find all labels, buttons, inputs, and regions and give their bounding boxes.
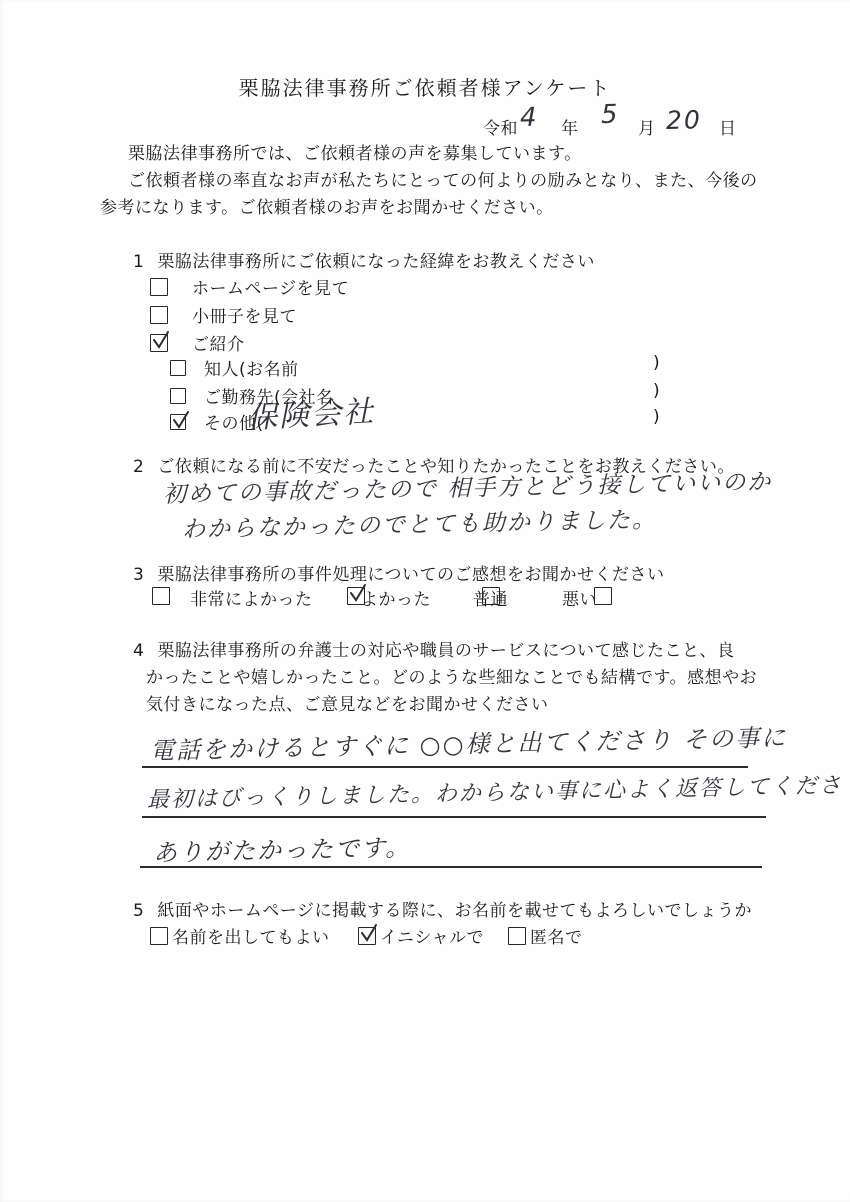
question-3-number: 3 [133,565,144,585]
q4-answer-line3: ありがたかったです。 [153,828,412,868]
q1-option-homepage-checkbox [150,278,168,296]
intro-line: 参考になります。ご依頼者様のお声をお聞かせください。 [100,195,780,222]
q3-option-good-label: よかった [361,585,431,610]
scanned-survey-page: 栗脇法律事務所ご依頼者様アンケート 令和 4 年 5 月 20 日 栗脇法律事務… [0,0,850,1202]
intro-line: 栗脇法律事務所では、ご依頼者様の声を募集しています。 [100,141,780,168]
q5-option-anonymous-label: 匿名で [530,923,583,948]
q1-option-booklet: 小冊子を見て [150,302,297,327]
check-mark-icon [169,409,192,432]
q1-sub-acquaintance: 知人(お名前 [170,355,299,380]
question-1-title: 1栗脇法律事務所にご依頼になった経緯をお教えください [133,247,595,272]
q5-option-anonymous-checkbox [508,927,526,945]
q1-option-referral: ご紹介 [150,330,245,355]
question-4-title-line2: かったことや嬉しかったこと。どのような些細なことでも結構です。感想やお [146,663,757,688]
q1-sub-other-checkbox [170,414,186,430]
q5-option-anonymous: 匿名で [508,923,583,948]
q1-sub-acquaintance-checkbox [170,360,186,376]
q3-option-bad-label: 悪い [562,585,597,610]
answer-underline [142,816,766,818]
q5-option-real-name-label: 名前を出してもよい [172,923,330,948]
q3-option-normal-label: 普通 [473,585,508,610]
check-mark-icon [149,329,172,352]
question-2-number: 2 [133,457,144,477]
question-4-number: 4 [133,641,144,661]
date-year-label: 年 [561,114,579,139]
q1-option-homepage: ホームページを見て [150,274,349,299]
answer-underline [140,866,762,868]
q5-option-real-name: 名前を出してもよい [150,923,330,948]
question-5-number: 5 [133,901,144,921]
close-paren: ) [653,381,660,401]
date-year-handwritten: 4 [520,103,539,133]
question-4-title-line3: 気付きになった点、ご意見などをお聞かせください [146,690,549,715]
q2-answer-line2: わからなかったのでとても助かりました。 [182,501,658,544]
question-1-number: 1 [133,252,144,272]
question-5-title: 5紙面やホームページに掲載する際に、お名前を載せてもよろしいでしょうか [133,896,752,921]
date-era-label: 令和 [483,114,518,139]
date-day-label: 日 [719,114,737,139]
close-paren: ) [653,407,660,427]
question-3-title: 3栗脇法律事務所の事件処理についてのご感想をお聞かせください [133,560,665,585]
q1-option-homepage-label: ホームページを見て [192,274,349,299]
intro-line: ご依頼者様の率直なお声が私たちにとっての何よりの励みとなり、また、今後の [100,168,780,195]
date-month-handwritten: 5 [601,100,620,130]
q1-sub-other-handwritten-value: 保険会社 [246,386,376,437]
date-month-label: 月 [638,114,656,139]
q1-option-referral-label: ご紹介 [192,330,245,355]
q1-option-booklet-checkbox [150,306,168,324]
page-title: 栗脇法律事務所ご依頼者様アンケート [0,72,850,101]
q5-option-initials: イニシャルで [358,923,484,948]
answer-underline [142,766,748,768]
question-4-title-line1: 4栗脇法律事務所の弁護士の対応や職員のサービスについて感じたこと、良 [133,636,735,661]
q5-option-initials-checkbox [358,927,376,945]
q4-answer-line2: 最初はびっくりしました。わからない事に心よく返答してくださり [147,768,850,814]
q1-option-referral-checkbox [150,334,168,352]
date-day-handwritten: 20 [666,105,702,135]
q4-answer-line1: 電話をかけるとすぐに ○○様と出てくださり その事に [150,718,788,766]
q3-option-very-good-checkbox [152,587,170,605]
q5-option-real-name-checkbox [150,927,168,945]
q3-option-very-good-label: 非常によかった [190,585,313,610]
close-paren: ) [653,353,660,373]
q1-sub-employer-checkbox [170,388,186,404]
check-mark-icon [357,922,380,945]
intro-paragraph: 栗脇法律事務所では、ご依頼者様の声を募集しています。 ご依頼者様の率直なお声が私… [100,141,780,222]
q1-sub-acquaintance-label: 知人(お名前 [204,355,299,380]
q5-option-initials-label: イニシャルで [380,923,484,948]
q1-option-booklet-label: 小冊子を見て [192,302,297,327]
